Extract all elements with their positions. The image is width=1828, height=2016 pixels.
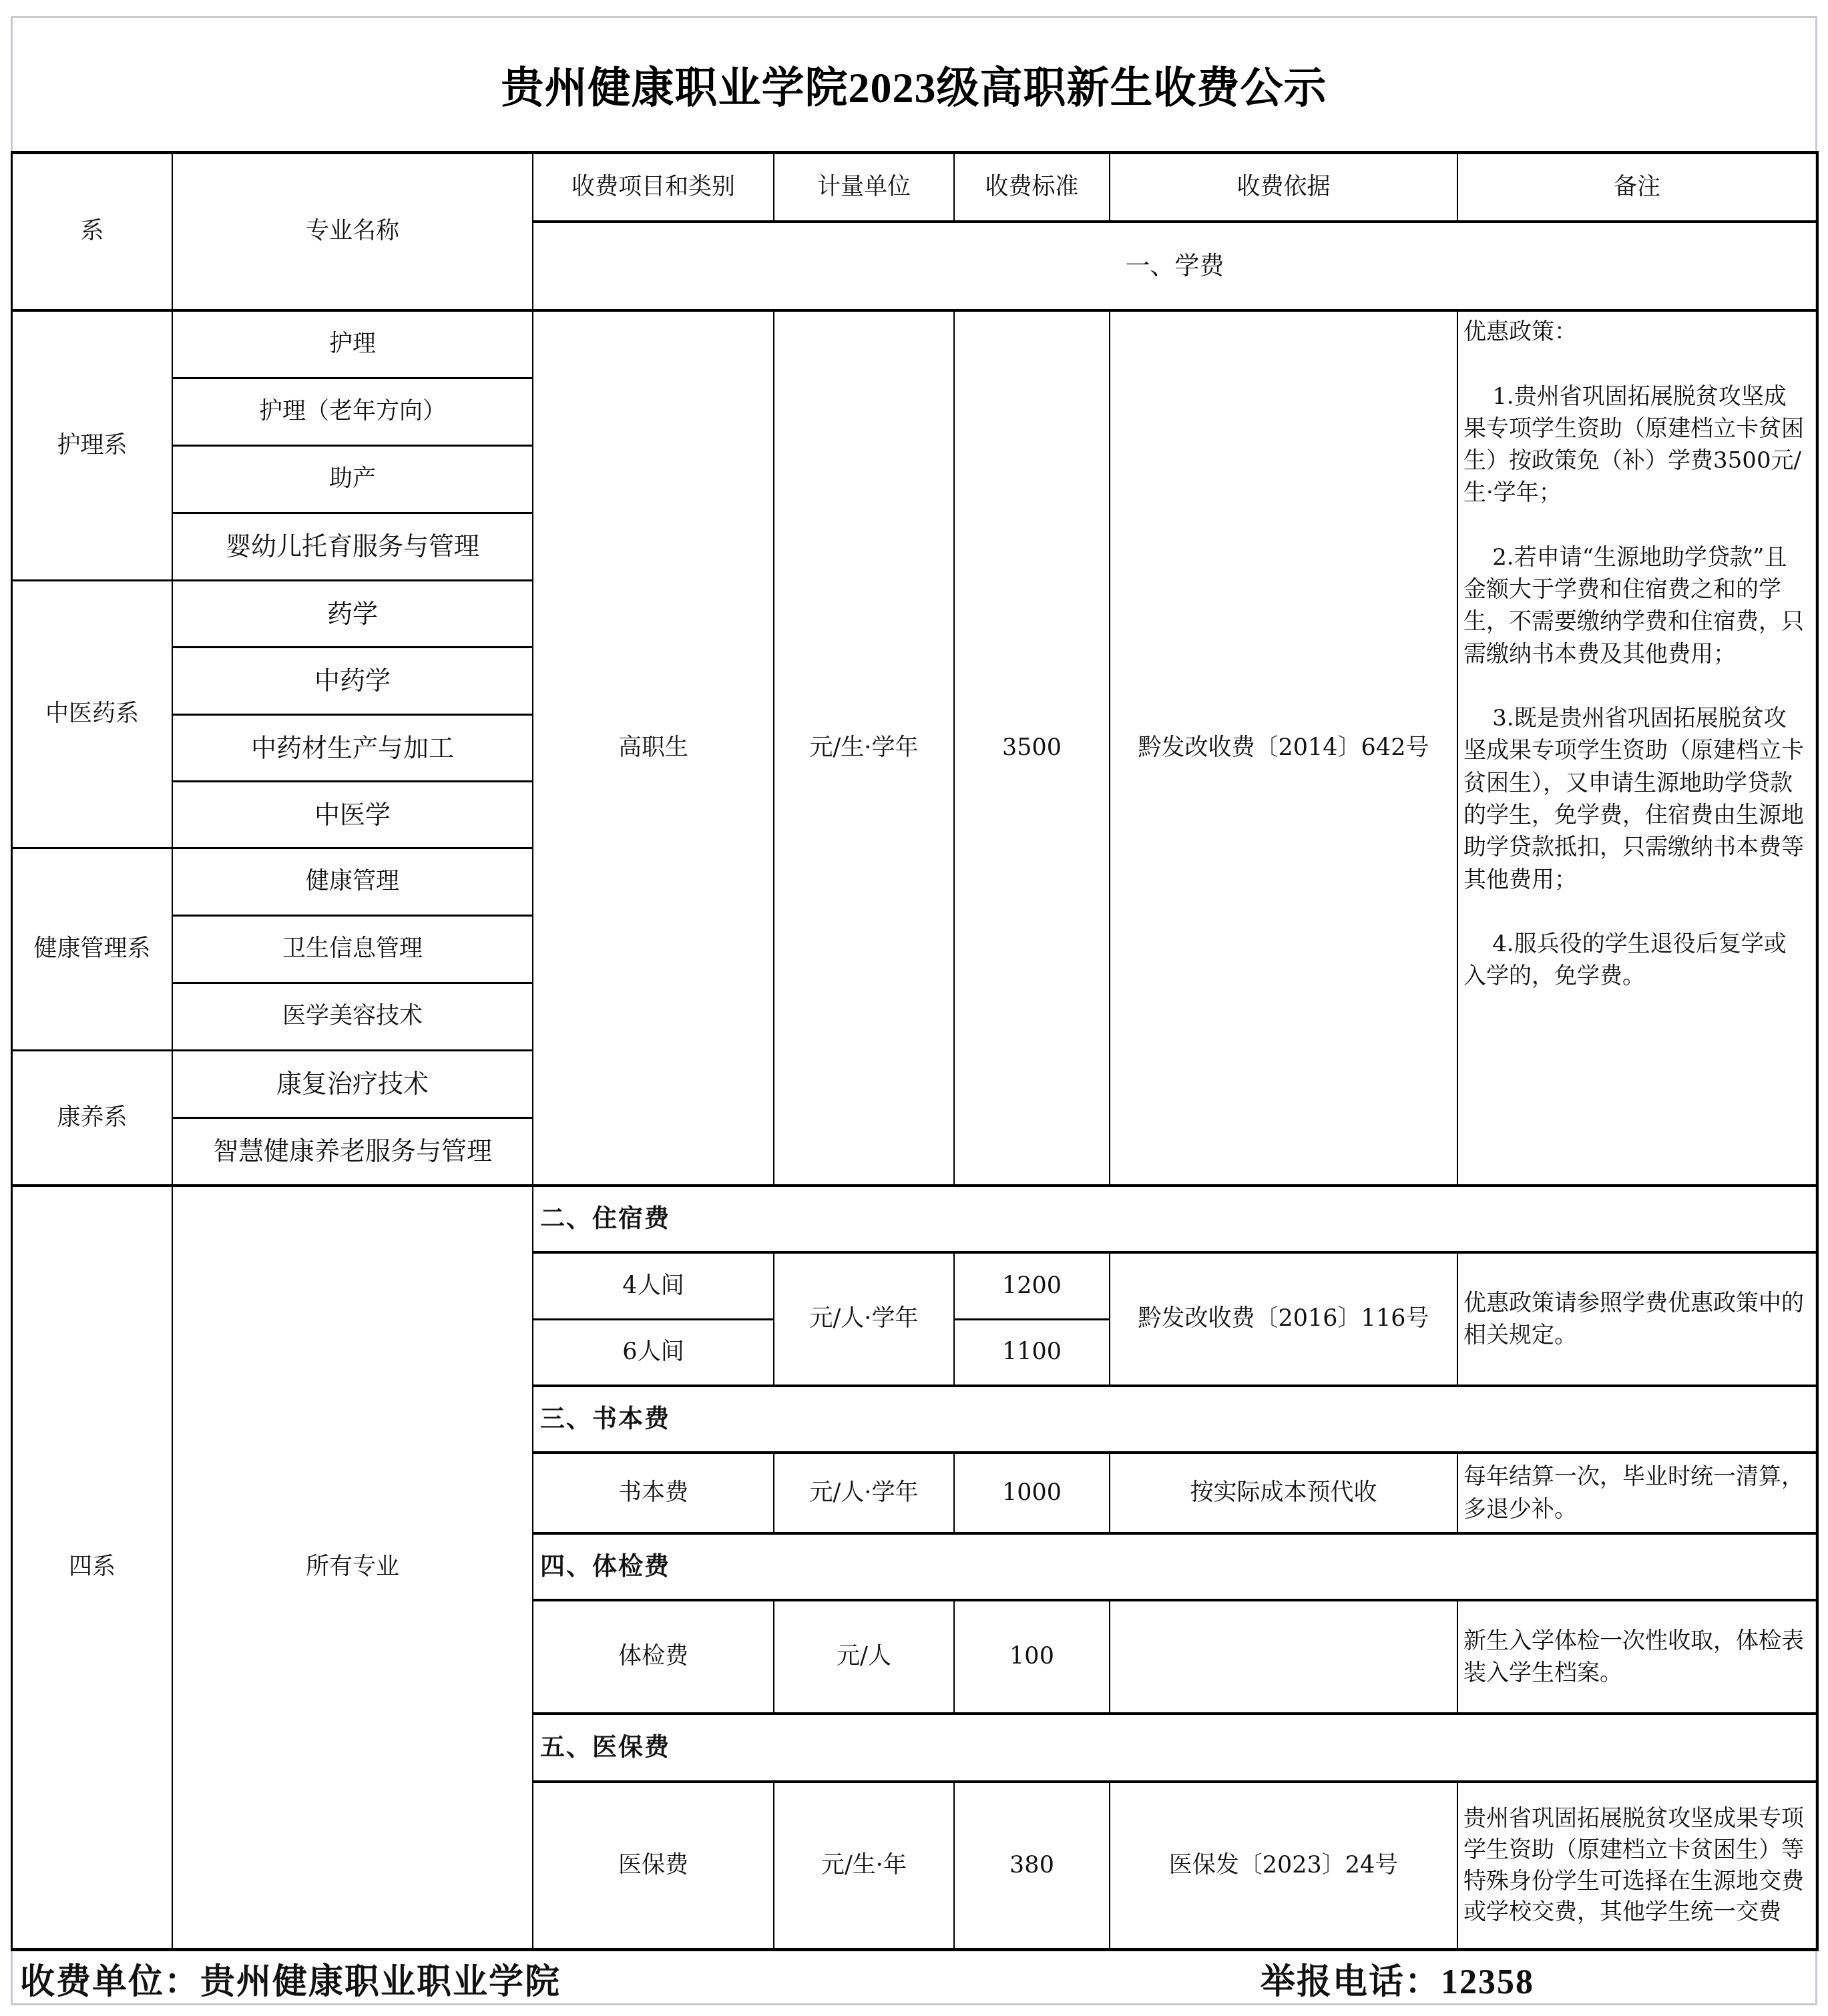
header-dept: 系 (13, 154, 172, 309)
header-unit: 计量单位 (774, 154, 953, 220)
major-item: 卫生信息管理 (173, 917, 532, 982)
tuition-note: 优惠政策： 1.贵州省巩固拓展脱贫攻坚成果专项学生资助（原建档立卡贫困生）按政策… (1458, 312, 1816, 1184)
major-item: 康复治疗技术 (173, 1051, 532, 1117)
header-standard: 收费标准 (955, 154, 1109, 220)
section-books: 三、书本费 (533, 1387, 1816, 1451)
major-item: 护理（老年方向） (173, 379, 532, 445)
books-standard: 1000 (955, 1454, 1109, 1532)
books-unit: 元/人·学年 (774, 1454, 953, 1532)
major-item: 婴幼儿托育服务与管理 (173, 514, 532, 579)
tuition-basis: 黔发改收费〔2014〕642号 (1110, 312, 1457, 1184)
physical-note: 新生入学体检一次性收取，体检表装入学生档案。 (1458, 1601, 1816, 1712)
books-basis: 按实际成本预代收 (1110, 1454, 1457, 1532)
major-item: 智慧健康养老服务与管理 (173, 1119, 532, 1184)
tuition-standard: 3500 (955, 312, 1109, 1184)
physical-basis (1110, 1601, 1457, 1712)
accommodation-standard: 1100 (955, 1320, 1109, 1384)
page-title: 贵州健康职业学院2023级高职新生收费公示 (11, 16, 1817, 152)
insurance-note: 贵州省巩固拓展脱贫攻坚成果专项学生资助（原建档立卡贫困生）等特殊身份学生可选择在… (1458, 1783, 1816, 1948)
dept-nursing: 护理系 (13, 312, 172, 579)
header-note: 备注 (1458, 154, 1816, 220)
dept-tcm: 中医药系 (13, 581, 172, 847)
books-note: 每年结算一次，毕业时统一清算，多退少补。 (1458, 1454, 1816, 1532)
table-border-bottom (11, 1948, 1819, 1951)
insurance-basis: 医保发〔2023〕24号 (1110, 1783, 1457, 1948)
section-tuition: 一、学费 (533, 223, 1816, 309)
physical-unit: 元/人 (774, 1601, 953, 1712)
major-item: 健康管理 (173, 849, 532, 915)
insurance-standard: 380 (955, 1783, 1109, 1948)
accommodation-unit: 元/人·学年 (774, 1254, 953, 1384)
accommodation-item: 6人间 (533, 1320, 773, 1384)
physical-standard: 100 (955, 1601, 1109, 1712)
header-major: 专业名称 (173, 154, 532, 309)
major-item: 助产 (173, 447, 532, 512)
major-all: 所有专业 (173, 1187, 532, 1948)
hotline-label: 举报电话：12358 (1261, 1953, 1534, 2003)
section-accommodation: 二、住宿费 (533, 1187, 1816, 1251)
insurance-unit: 元/生·年 (774, 1783, 953, 1948)
dept-all: 四系 (13, 1187, 172, 1948)
accommodation-standard: 1200 (955, 1254, 1109, 1318)
physical-item: 体检费 (533, 1601, 773, 1712)
tuition-item: 高职生 (533, 312, 773, 1184)
major-item: 中药材生产与加工 (173, 716, 532, 780)
accommodation-basis: 黔发改收费〔2016〕116号 (1110, 1254, 1457, 1384)
header-item: 收费项目和类别 (533, 154, 773, 220)
dept-wellness: 康养系 (13, 1051, 172, 1184)
books-item: 书本费 (533, 1454, 773, 1532)
section-insurance: 五、医保费 (533, 1715, 1816, 1780)
header-basis: 收费依据 (1110, 154, 1457, 220)
payee-label: 收费单位：贵州健康职业职业学院 (20, 1953, 561, 2003)
major-item: 中药学 (173, 648, 532, 714)
tuition-unit: 元/生·学年 (774, 312, 953, 1184)
major-item: 医学美容技术 (173, 984, 532, 1049)
major-item: 药学 (173, 581, 532, 646)
major-item: 中医学 (173, 782, 532, 847)
insurance-item: 医保费 (533, 1783, 773, 1948)
accommodation-note: 优惠政策请参照学费优惠政策中的相关规定。 (1458, 1254, 1816, 1384)
major-item: 护理 (173, 312, 532, 377)
section-physical: 四、体检费 (533, 1535, 1816, 1599)
table-border-right (1816, 151, 1819, 1951)
dept-health-mgmt: 健康管理系 (13, 849, 172, 1049)
accommodation-item: 4人间 (533, 1254, 773, 1318)
